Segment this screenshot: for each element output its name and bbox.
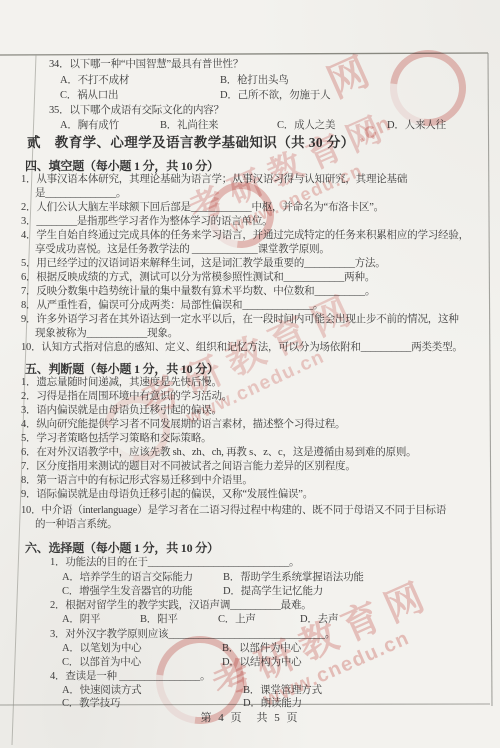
- text-segment: 9．语际偏误就是由母语负迁移引起的偏误，又称“发展性偏误”。: [21, 488, 313, 502]
- text-segment: 7．区分度指用来测试的题目对不同被试者之间语言能力差异的区别程度。: [21, 460, 356, 474]
- section-6-heading: 六、选择题（每小题 1 分，共 10 分）: [0, 541, 500, 555]
- text-segment: A．阴平: [62, 613, 100, 627]
- question-6-2: 2．根据对留学生的教学实践，汉语声调__________最难。: [0, 599, 500, 613]
- text-segment: 10．认知方式指对信息的感知、定义、组织和记忆方法，可以分为场依附和______…: [21, 341, 463, 355]
- text-segment: 6．根据反映成绩的方式，测试可以分为常模参照性测试和____________两种…: [21, 271, 375, 285]
- text-line: 2．习得是指在周围环境中有意识的学习活动。: [0, 390, 500, 404]
- options-34-cd: C．祸从口出D．己所不欲，勿施于人: [0, 89, 500, 103]
- text-segment: A．快速阅读方式: [62, 684, 141, 698]
- text-line: 5．学习者策略包括学习策略和交际策略。: [0, 432, 500, 446]
- text-segment: 7．反映分数集中趋势统计量的集中量数有算术平均数、中位数和__________。: [21, 285, 375, 299]
- text-line: 8．从严重性看，偏误可分成两类：局部性偏误和______________。: [0, 299, 500, 313]
- text-line: 6．在对外汉语教学中，应该先教 sh、zh、ch, 再教 s、z、c，这是遵循由…: [0, 446, 500, 460]
- text-line: A．培养学生的语言交际能力B．帮助学生系统掌握语法功能: [0, 571, 500, 585]
- document-text: 34．以下哪一种“中国智慧”最具有普世性？A．不打不成材B．枪打出头鸟C．祸从口…: [0, 0, 500, 748]
- text-segment: 5．用已经学过的汉语词语来解释生词，这是词汇教学最重要的__________方法…: [21, 257, 386, 271]
- text-segment: 六、选择题（每小题 1 分，共 10 分）: [25, 541, 219, 555]
- text-line: 6．根据反映成绩的方式，测试可以分为常模参照性测试和____________两种…: [0, 271, 500, 285]
- text-segment: A．培养学生的语言交际能力: [62, 571, 193, 585]
- text-line: 3．语内偏误就是由母语负迁移引起的偏误。: [0, 404, 500, 418]
- text-segment: C．成人之美: [277, 119, 335, 133]
- text-segment: 8．从严重性看，偏误可分成两类：局部性偏误和______________。: [21, 299, 323, 313]
- text-segment: C．增强学生发音器官的功能: [62, 585, 192, 599]
- text-line: 4．纵向研究能提供学习者不同发展期的语言素材，描述整个习得过程。: [0, 418, 500, 432]
- text-line: A．以笔划为中心B．以部件为中心: [0, 642, 500, 656]
- options-34-ab: A．不打不成材B．枪打出头鸟: [0, 74, 500, 88]
- text-segment: 现象被称为____________现象。: [35, 327, 178, 341]
- text-segment: 五、判断题（每小题 1 分，共 10 分）: [25, 362, 219, 376]
- scanned-exam-page: 34．以下哪一种“中国智慧”最具有普世性？A．不打不成材B．枪打出头鸟C．祸从口…: [0, 0, 500, 748]
- text-segment: B．以部件为中心: [222, 642, 301, 656]
- text-line: A．快速阅读方式B．课堂管理方式: [0, 684, 500, 698]
- text-line: C．以部首为中心D．以结构为中心: [0, 656, 500, 670]
- text-segment: B．课堂管理方式: [243, 684, 322, 698]
- text-line: 1．遗忘量随时间递减，其速度是先快后慢。: [0, 376, 500, 390]
- text-segment: 是______________。: [35, 187, 126, 201]
- text-segment: 1．遗忘量随时间递减，其速度是先快后慢。: [21, 376, 222, 390]
- text-segment: C．上声: [218, 613, 256, 627]
- text-segment: A．以笔划为中心: [62, 642, 141, 656]
- text-line: 7．反映分数集中趋势统计量的集中量数有算术平均数、中位数和__________。: [0, 285, 500, 299]
- text-segment: 四、填空题（每小题 1 分，共 10 分）: [25, 159, 219, 173]
- text-segment: 1．从事汉语本体研究，其理论基础为语言学；从事汉语习得与认知研究，其理论基础: [21, 173, 407, 187]
- text-segment: D．去声: [300, 613, 338, 627]
- text-segment: 2．根据对留学生的教学实践，汉语声调__________最难。: [50, 599, 312, 613]
- text-line: 9．许多外语学习者在其外语达到一定水平以后，在一段时间内可能会出现止步不前的情况…: [0, 313, 500, 327]
- text-segment: 2．人们公认大脑左半球额下回后部是____________中枢，并命名为“布洛卡…: [21, 201, 384, 215]
- question-6-1: 1．功能法的目的在于____________________________。: [0, 556, 500, 570]
- text-segment: 6．在对外汉语教学中，应该先教 sh、zh、ch, 再教 s、z、c，这是遵循由…: [21, 446, 416, 460]
- section-4-heading: 四、填空题（每小题 1 分，共 10 分）: [0, 159, 500, 173]
- page-footer: 第 4 页 共 5 页: [0, 709, 500, 725]
- text-segment: B．帮助学生系统掌握语法功能: [223, 571, 364, 585]
- text-line: 1．从事汉语本体研究，其理论基础为语言学；从事汉语习得与认知研究，其理论基础: [0, 173, 500, 187]
- text-segment: B．礼尚往来: [160, 119, 218, 133]
- text-line: 的一种语言系统。: [0, 518, 500, 532]
- text-segment: 的一种语言系统。: [35, 518, 117, 532]
- text-segment: 9．许多外语学习者在其外语达到一定水平以后，在一段时间内可能会出现止步不前的情况…: [21, 313, 459, 327]
- text-segment: 10．中介语（interlanguage）是学习者在二语习得过程中构建的、既不同…: [21, 504, 446, 518]
- text-line: A．阴平B．阳平C．上声D．去声: [0, 613, 500, 627]
- options-35: A．胸有成竹B．礼尚往来C．成人之美D．人来人往: [0, 119, 500, 133]
- text-segment: D．以结构为中心: [222, 656, 301, 670]
- text-segment: 贰 教育学、心理学及语言教学基础知识（共 30 分）: [27, 136, 355, 150]
- text-segment: 8．第一语言中的有标记形式容易迁移到中介语里。: [21, 474, 253, 488]
- text-segment: 享受成功喜悦。这是任务教学法的 _____________课堂教学原则。: [35, 243, 330, 257]
- text-line: 是______________。: [0, 187, 500, 201]
- text-segment: A．不打不成材: [60, 74, 129, 88]
- text-line: 2．人们公认大脑左半球额下回后部是____________中枢，并命名为“布洛卡…: [0, 201, 500, 215]
- text-segment: 34．以下哪一种“中国智慧”最具有普世性？: [49, 58, 243, 72]
- question-6-4: 4．查读是一种 ________________。: [0, 670, 500, 684]
- text-line: 3．________是指那些学习者作为整体学习的语言单位。: [0, 215, 500, 229]
- text-line: 9．语际偏误就是由母语负迁移引起的偏误，又称“发展性偏误”。: [0, 488, 500, 502]
- question-35: 35．以下哪个成语有交际文化的内容？: [0, 104, 500, 118]
- text-line: C．增强学生发音器官的功能D．提高学生记忆能力: [0, 585, 500, 599]
- text-segment: 3．对外汉字教学原则应该____________________________…: [50, 628, 335, 642]
- text-line: 8．第一语言中的有标记形式容易迁移到中介语里。: [0, 474, 500, 488]
- text-segment: 1．功能法的目的在于____________________________。: [50, 556, 299, 570]
- text-segment: D．提高学生记忆能力: [223, 585, 323, 599]
- text-line: 5．用已经学过的汉语词语来解释生词，这是词汇教学最重要的__________方法…: [0, 257, 500, 271]
- part-2-heading: 贰 教育学、心理学及语言教学基础知识（共 30 分）: [0, 136, 500, 150]
- text-segment: A．胸有成竹: [60, 119, 119, 133]
- text-segment: B．枪打出头鸟: [220, 74, 289, 88]
- text-segment: 3．________是指那些学习者作为整体学习的语言单位。: [21, 215, 272, 229]
- text-segment: 2．习得是指在周围环境中有意识的学习活动。: [21, 390, 232, 404]
- text-line: 10．认知方式指对信息的感知、定义、组织和记忆方法，可以分为场依附和______…: [0, 341, 500, 355]
- question-34: 34．以下哪一种“中国智慧”最具有普世性？: [0, 58, 500, 72]
- text-segment: 35．以下哪个成语有交际文化的内容？: [49, 104, 224, 118]
- text-segment: 4．纵向研究能提供学习者不同发展期的语言素材，描述整个习得过程。: [21, 418, 345, 432]
- text-segment: 5．学习者策略包括学习策略和交际策略。: [21, 432, 211, 446]
- question-6-3: 3．对外汉字教学原则应该____________________________…: [0, 628, 500, 642]
- text-line: 4．学生自始自终通过完成具体的任务来学习语言，并通过完成特定的任务来积累相应的学…: [0, 229, 500, 243]
- text-segment: 4．学生自始自终通过完成具体的任务来学习语言，并通过完成特定的任务来积累相应的学…: [21, 229, 469, 243]
- text-segment: 3．语内偏误就是由母语负迁移引起的偏误。: [21, 404, 222, 418]
- text-line: 享受成功喜悦。这是任务教学法的 _____________课堂教学原则。: [0, 243, 500, 257]
- text-segment: C．以部首为中心: [62, 656, 141, 670]
- text-segment: D．人来人往: [387, 119, 446, 133]
- text-line: 7．区分度指用来测试的题目对不同被试者之间语言能力差异的区别程度。: [0, 460, 500, 474]
- text-line: 10．中介语（interlanguage）是学习者在二语习得过程中构建的、既不同…: [0, 504, 500, 518]
- text-line: 现象被称为____________现象。: [0, 327, 500, 341]
- section-5-heading: 五、判断题（每小题 1 分，共 10 分）: [0, 362, 500, 376]
- text-segment: D．己所不欲，勿施于人: [220, 89, 330, 103]
- text-segment: 4．查读是一种 ________________。: [50, 670, 210, 684]
- text-segment: C．祸从口出: [60, 89, 118, 103]
- text-segment: B．阳平: [140, 613, 178, 627]
